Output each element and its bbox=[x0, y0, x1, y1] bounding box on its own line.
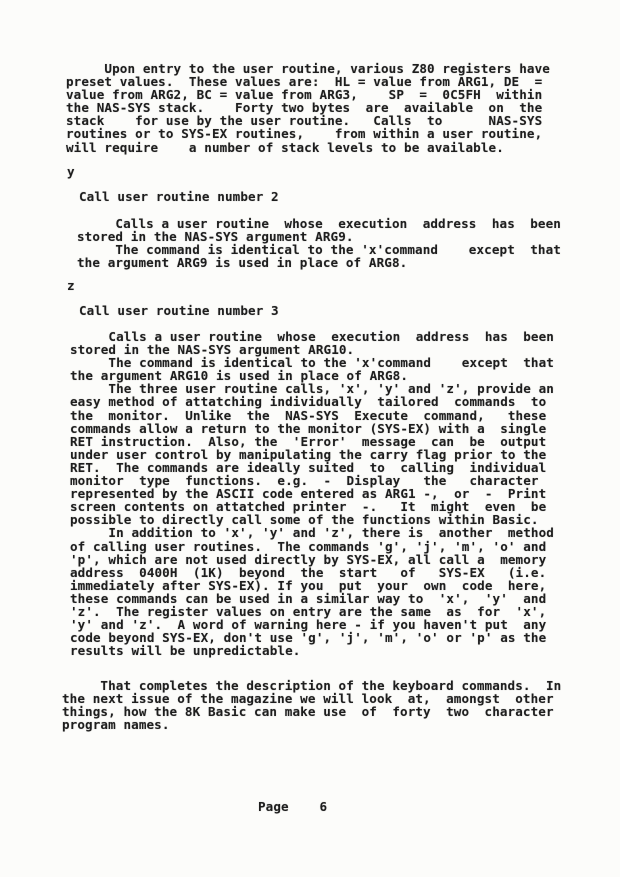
paragraph-register-values: Upon entry to the user routine, various … bbox=[66, 62, 550, 154]
scanned-page: Upon entry to the user routine, various … bbox=[0, 0, 620, 877]
paragraph-routine-3-description: Calls a user routine whose execution add… bbox=[70, 330, 554, 657]
command-letter-y: y bbox=[67, 165, 75, 178]
page-number: Page 6 bbox=[258, 800, 327, 813]
heading-call-user-routine-2: Call user routine number 2 bbox=[79, 190, 279, 203]
command-letter-z: z bbox=[67, 279, 75, 292]
heading-call-user-routine-3: Call user routine number 3 bbox=[79, 304, 279, 317]
paragraph-closing-remarks: That completes the description of the ke… bbox=[62, 679, 561, 731]
paragraph-routine-2-description: Calls a user routine whose execution add… bbox=[77, 217, 561, 269]
